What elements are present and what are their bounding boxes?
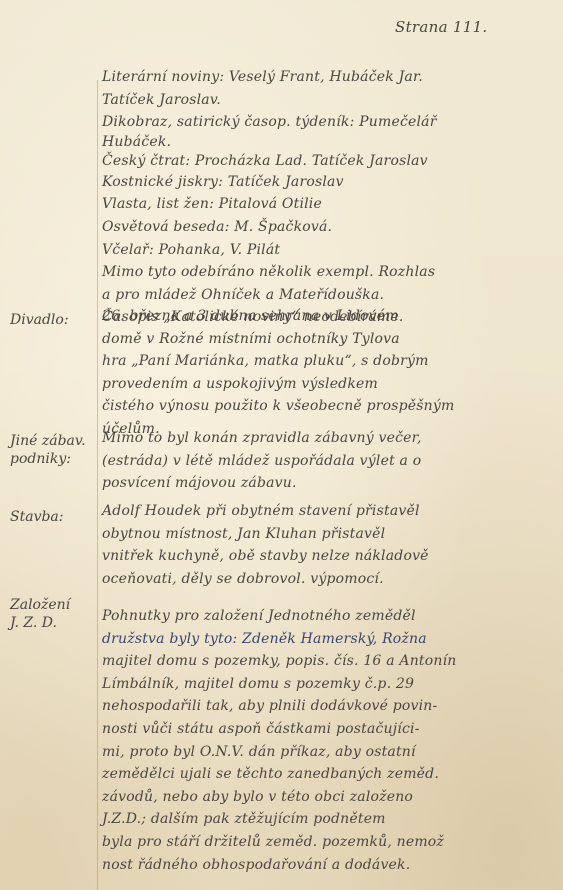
text-line: nost řádného obhospodařování a dodávek. <box>102 854 547 877</box>
text-line: Dikobraz, satirický časop. týdeník: Pume… <box>102 111 547 134</box>
section-label-stavba: Stavba: <box>10 508 64 526</box>
text-line: hra „Paní Mariánka, matka pluku“, s dobr… <box>102 350 547 373</box>
section-label-jzd-founding: Založení J. Z. D. <box>10 596 70 632</box>
margin-rule <box>97 80 98 890</box>
text-line: Mimo to byl konán zpravidla zábavný veče… <box>102 427 547 450</box>
text-line: obytnou místnost, Jan Kluhan přistavěl <box>102 523 547 546</box>
text-line: Tatíček Jaroslav. <box>102 89 547 112</box>
text-line: Mimo tyto odebíráno několik exempl. Rozh… <box>102 261 547 284</box>
text-line: nosti vůči státu aspoň částkami postačuj… <box>102 718 547 741</box>
text-line: čistého výnosu použito k všeobecně prosp… <box>102 395 547 418</box>
text-line: Osvětová beseda: M. Špačková. <box>102 216 547 239</box>
text-line: mi, proto byl O.N.V. dán příkaz, aby ost… <box>102 741 547 764</box>
text-line: Literární noviny: Veselý Frant, Hubáček … <box>102 66 547 89</box>
section-label-divadlo: Divadlo: <box>10 311 69 329</box>
jzd-founding-entry: Pohnutky pro založení Jednotného zeměděl… <box>102 605 547 876</box>
label-line: J. Z. D. <box>10 614 70 632</box>
text-line: Límbálník, majitel domu s pozemky č.p. 2… <box>102 673 547 696</box>
text-line: závodů, nebo aby bylo v této obci založe… <box>102 786 547 809</box>
periodicals-entry: Literární noviny: Veselý Frant, Hubáček … <box>102 66 547 329</box>
text-line: Kostnické jiskry: Tatíček Jaroslav <box>102 171 547 194</box>
text-line: provedením a uspokojivým výsledkem <box>102 373 547 396</box>
text-line: Adolf Houdek při obytném stavení přistav… <box>102 500 547 523</box>
text-line: zemědělci ujali se těchto zanedbaných ze… <box>102 763 547 786</box>
section-label-other-events: Jiné zábav. podniky: <box>10 432 86 468</box>
text-line: posvícení májovou zábavu. <box>102 472 547 495</box>
text-line: Včelař: Pohanka, V. Pilát <box>102 239 547 262</box>
page-number: Strana 111. <box>395 18 488 36</box>
text-line: oceňovati, děly se dobrovol. výpomocí. <box>102 568 547 591</box>
text-line: (estráda) v létě mládež uspořádala výlet… <box>102 450 547 473</box>
text-line: byla pro stáří držitelů zeměd. pozemků, … <box>102 831 547 854</box>
label-line: Jiné zábav. <box>10 432 86 450</box>
text-line: domě v Rožné místními ochotníky Tylova <box>102 328 547 351</box>
label-line: podniky: <box>10 450 86 468</box>
text-line: Hubáček. <box>102 134 547 151</box>
text-line: Český čtrat: Procházka Lad. Tatíček Jaro… <box>102 151 547 171</box>
text-line: nehospodařili tak, aby plnili dodávkové … <box>102 695 547 718</box>
text-line: majitel domu s pozemky, popis. čís. 16 a… <box>102 650 547 673</box>
theatre-entry: 26. března a 3 dubna sehrána v Lidovém d… <box>102 305 547 441</box>
text-line-corrected: družstva byly tyto: Zdeněk Hamerský, Rož… <box>102 628 547 651</box>
text-line: Vlasta, list žen: Pitalová Otilie <box>102 193 547 216</box>
text-line: Pohnutky pro založení Jednotného zeměděl <box>102 605 547 628</box>
text-line: vnitřek kuchyně, obě stavby nelze náklad… <box>102 545 547 568</box>
ledger-page: Strana 111. Literární noviny: Veselý Fra… <box>0 0 563 890</box>
label-line: Založení <box>10 596 70 614</box>
construction-entry: Adolf Houdek při obytném stavení přistav… <box>102 500 547 590</box>
other-events-entry: Mimo to byl konán zpravidla zábavný veče… <box>102 427 547 495</box>
text-line: a pro mládež Ohníček a Mateřídouška. <box>102 284 547 307</box>
text-line: 26. března a 3 dubna sehrána v Lidovém <box>102 305 547 328</box>
text-line: J.Z.D.; dalším pak ztěžujícím podnětem <box>102 808 547 831</box>
